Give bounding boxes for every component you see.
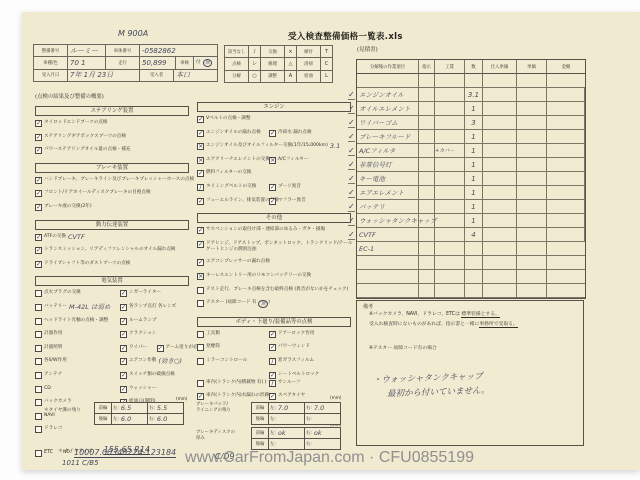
section-bar: ボディ・下廻り/装備品等の点検 — [197, 317, 351, 327]
estimate-item-handwritten: エンジンオイル — [357, 90, 404, 99]
circled-option: 無 — [258, 300, 268, 308]
estimate-empty-cell — [419, 200, 435, 214]
tire-groove-table: 前輪左:6.5右:5.5後輪左:6.0右:6.0 — [94, 402, 184, 425]
estimate-caption: (見積書) — [357, 47, 378, 53]
checkbox-empty-icon — [197, 287, 204, 294]
header-field-label: 車体番号 — [106, 45, 140, 57]
checklist-cell: テスター (故障コード 有無 ) — [197, 300, 355, 308]
estimate-item-handwritten: オイルエレメント — [357, 104, 410, 113]
estimate-empty-cell — [517, 144, 547, 158]
checkbox-slash-icon: / — [269, 358, 276, 365]
brake-disc-table: 前輪左:ok右:ok後輪左:右: — [251, 427, 341, 450]
checklist-cell: ✓ルームランプ — [120, 318, 193, 325]
estimate-qty-cell — [465, 256, 483, 270]
item-label: キーレスエントリー用のリモコンバッテリーの交換 — [206, 273, 311, 279]
item-label: パワーステアリングオイル量の点検・補充 — [44, 147, 130, 153]
checklist-cell: ✓ステアリングギアボックスブーツの点検 — [35, 134, 193, 141]
measurement-cell: 右:5.5 — [148, 403, 184, 414]
estimate-item-handwritten: 非常信号灯 — [357, 160, 392, 169]
checklist-cell: バッテリーM-42L は弱め — [35, 304, 120, 311]
checklist-cell: 計器作用 — [35, 331, 120, 338]
estimate-qty-cell: 4 — [465, 228, 483, 242]
checklist-cell: ✓クラクション — [120, 331, 193, 338]
document-title: 受入検査整備価格一覧表.xls — [288, 30, 403, 42]
legend-symbol-glyph: × — [288, 49, 292, 55]
legend-symbol-glyph: レ — [252, 60, 257, 67]
header-info-table: 整備番号ルーミー車体番号-0582862車種/色70 1走行50,899車検付無… — [33, 44, 218, 82]
field-value-handwritten: 本口 — [176, 70, 190, 80]
estimate-qty-cell: 1 — [465, 186, 483, 200]
estimate-row — [357, 270, 585, 284]
estimate-empty-cell — [483, 88, 517, 102]
estimate-empty-cell — [547, 270, 585, 284]
legend-row: 該当なし/交換×締付T — [225, 46, 333, 58]
checkbox-empty-icon — [35, 290, 42, 297]
mini-table-row: 前輪左:ok右:ok — [252, 428, 341, 439]
checkbox-empty-icon — [35, 358, 42, 365]
estimate-item-handwritten: CVTF — [357, 231, 376, 239]
estimate-row: A/Cフィルタ+カバー1✓ — [357, 144, 585, 158]
estimate-item-cell: バッテリ — [357, 200, 419, 214]
estimate-empty-cell — [547, 256, 585, 270]
checkbox-empty-icon — [197, 300, 204, 307]
estimate-table: 分解後の作業項目指示工賃数仕入単価単価金額エンジンオイル3.1✓オイルエレメント… — [356, 59, 586, 299]
checklist-cell: 工具類 — [197, 331, 269, 338]
estimate-empty-cell — [547, 242, 585, 256]
item-label: テスト走行、ブレーキ点検を含む最終点検 (異音がないかをチェック) — [206, 287, 348, 293]
checklist-cell: 車内(トランク内)積載物 有( ) — [197, 380, 269, 387]
item-label: エンジンオイル及びオイルフィルター交換(1年/15,000km) — [206, 143, 328, 149]
checklist-row: ✓タイロッドエンドブーツの点検 — [35, 120, 193, 127]
lr-prefix: 左: — [113, 416, 119, 422]
estimate-column-header: 数 — [465, 60, 483, 74]
checklist-cell: ✓各ランプ点灯 各レンズ — [120, 304, 193, 311]
item-label: 各ランプ点灯 各レンズ — [129, 304, 176, 310]
checkbox-checked-icon: ✓ — [120, 304, 127, 311]
estimate-empty-cell — [435, 130, 465, 144]
checkbox-empty-icon — [35, 331, 42, 338]
estimate-item-cell: オイルエレメント — [357, 102, 419, 116]
lr-prefix: 右: — [149, 416, 155, 422]
item-label: 窓ガラスフィルム — [278, 358, 314, 364]
checklist-cell: ✓マフラー異音 — [269, 198, 355, 205]
checkbox-empty-icon — [35, 304, 42, 311]
measurement-cell: 右:ok — [305, 428, 341, 439]
axle-label: 前輪 — [252, 428, 269, 439]
item-label: ミラーコントロール — [206, 358, 247, 364]
estimate-empty-cell — [547, 214, 585, 228]
estimate-empty-cell — [419, 256, 435, 270]
checkbox-checked-icon: ✓ — [35, 134, 42, 141]
legend-symbol: × — [285, 46, 297, 58]
estimate-empty-cell — [419, 144, 435, 158]
estimate-empty-cell — [517, 158, 547, 172]
checkbox-checked-icon: ✓ — [120, 318, 127, 325]
estimate-row — [357, 74, 585, 88]
estimate-item-cell: ワイパーゴム — [357, 116, 419, 130]
legend-symbol-glyph: A — [289, 73, 292, 79]
model-code-handwritten: M 900A — [118, 29, 148, 38]
legend-label: 分解 — [225, 71, 249, 83]
estimate-empty-cell — [419, 284, 435, 298]
estimate-empty-cell — [419, 172, 435, 186]
item-label: ステアリングギアボックスブーツの点検 — [44, 134, 126, 140]
remarks-text: ※テスター 故障コード有の場合 — [369, 346, 437, 351]
measurement-cell: 左: — [269, 414, 305, 425]
estimate-column-header: 工賃 — [435, 60, 465, 74]
checklist-cell: 点火プラグの交換 — [35, 290, 120, 297]
estimate-qty-handwritten: 1 — [471, 175, 475, 183]
checklist-row: ✓燃料フィルターの交換 — [197, 170, 355, 177]
checklist-row: ✓シートベルトロック — [197, 372, 355, 379]
checklist-row: 車内(トランク内)積載物 有( )/サンルーフ — [197, 380, 355, 387]
etc-label: ETC — [44, 450, 53, 456]
estimate-empty-cell — [547, 130, 585, 144]
estimate-item-handwritten: ブレーキフルード — [357, 132, 410, 141]
item-label: ウォッシャー — [129, 386, 156, 392]
estimate-qty-handwritten: 1 — [471, 161, 475, 169]
estimate-empty-cell — [435, 228, 465, 242]
item-label: 工具類 — [206, 331, 220, 337]
estimate-empty-cell — [547, 200, 585, 214]
header-field-label: 受入者 — [140, 70, 174, 82]
estimate-qty-handwritten: 1 — [471, 147, 475, 155]
estimate-row: EC-1 — [357, 242, 585, 256]
estimate-empty-cell — [517, 228, 547, 242]
item-label: クラクション — [129, 331, 156, 337]
section-bar: 動力伝達装置 — [35, 220, 189, 230]
estimate-empty-cell — [483, 186, 517, 200]
checkbox-checked-icon: ✓ — [269, 344, 276, 351]
estimate-empty-cell — [435, 88, 465, 102]
checkbox-checked-icon: ✓ — [197, 170, 204, 177]
estimate-qty-handwritten: 1 — [471, 189, 475, 197]
measurement-value-handwritten: 7.0 — [314, 404, 324, 412]
checklist-cell: /窓ガラスフィルム — [269, 358, 355, 365]
item-label: シガーライター — [129, 290, 161, 296]
estimate-empty-cell — [547, 158, 585, 172]
checkbox-empty-icon — [197, 331, 204, 338]
brake-pad-table: 前輪左:7.0右:7.0後輪左:右: — [251, 402, 341, 425]
estimate-empty-cell — [483, 228, 517, 242]
checklist-cell: ✓ドライブシャフト等のダストブーツの点検 — [35, 261, 193, 268]
measurement-value-handwritten: 5.5 — [157, 404, 167, 412]
legend-label: 修理 — [261, 58, 285, 70]
estimate-empty-cell — [483, 130, 517, 144]
legend-symbol: △ — [285, 58, 297, 70]
legend-symbol: T — [321, 46, 333, 58]
estimate-row: バッテリ1✓ — [357, 200, 585, 214]
item-label: テスター (故障コード 有 — [206, 300, 256, 306]
brake-disc-label: ブレーキディスクの厚み — [196, 430, 235, 442]
checklist-cell: テスト走行、ブレーキ点検を含む最終点検 (異音がないかをチェック) — [197, 287, 355, 294]
checkbox-checked-icon: ✓ — [35, 247, 42, 254]
estimate-qty-cell — [465, 242, 483, 256]
checkbox-empty-icon — [35, 450, 42, 457]
checklist-cell: ドラレコ — [35, 426, 193, 433]
remarks-line: 受入れ検査時にないものがあれば、指示書と一緒に事務所で受取る。 — [369, 320, 577, 330]
remarks-text: 標準装備とする。 — [461, 312, 499, 318]
axle-label: 後輪 — [95, 414, 112, 425]
screenshot-root: { "title": "受入検査整備価格一覧表.xls", "watermark… — [0, 0, 640, 480]
estimate-row: キー電池1✓ — [357, 172, 585, 186]
item-label: 計器作用 — [44, 331, 62, 337]
checklist-row: 各S/W作用✓エアコン作動(効き○) — [35, 358, 193, 365]
estimate-labor-cell: +カバー — [435, 144, 465, 158]
legend-symbol: レ — [249, 58, 261, 70]
checkbox-empty-icon — [35, 386, 42, 393]
legend-label: 点検 — [225, 58, 249, 70]
estimate-empty-cell — [435, 200, 465, 214]
measurement-value-handwritten: 7.0 — [278, 404, 288, 412]
estimate-note-handwritten: +カバー — [435, 147, 454, 154]
legend-row: 分解○調整A給油L — [225, 71, 333, 83]
estimate-qty-handwritten: 3.1 — [468, 91, 479, 99]
checklist-row: ✓パワーステアリングオイル量の点検・補充 — [35, 147, 193, 154]
estimate-qty-cell: 1 — [465, 200, 483, 214]
checklist-row: ✓フューエルライン、排気装置の点検✓マフラー異音 — [197, 198, 355, 205]
legend-symbol-glyph: L — [325, 73, 328, 79]
measurement-cell: 右:7.0 — [305, 403, 341, 414]
checkbox-empty-icon — [197, 344, 204, 351]
watermark: www.CarFromJapan.com · CFU0855199 — [185, 449, 474, 467]
field-value-handwritten: -0582862 — [142, 47, 176, 55]
checklist-cell: 各S/W作用 — [35, 358, 120, 365]
estimate-column-header: 金額 — [547, 60, 585, 74]
item-label: ドアヒンジ、ドアストップ、ボンネットロック、トランクリッド/テールゲートヒンジの… — [206, 241, 355, 253]
item-label: ) — [268, 300, 270, 306]
checklist-cell: ×エンジンオイル及びオイルフィルター交換(1年/15,000km)3.1 — [197, 143, 355, 150]
estimate-column-header: 指示 — [419, 60, 435, 74]
estimate-qty-cell — [465, 74, 483, 88]
estimate-column-header: 単価 — [517, 60, 547, 74]
mini-table-row: 後輪左:6.0右:6.0 — [95, 414, 184, 425]
estimate-empty-cell — [483, 144, 517, 158]
estimate-empty-cell — [419, 214, 435, 228]
item-label: トランスミッション、リアディファレンシャルのオイル漏れ点検 — [44, 247, 176, 253]
legend-symbol-table: 該当なし/交換×締付T点検レ修理△清掃C分解○調整A給油L — [224, 45, 333, 83]
estimate-row: ブレーキフルード1✓ — [357, 130, 585, 144]
checkbox-x-icon: × — [197, 273, 204, 280]
estimate-item-cell: キー電池 — [357, 172, 419, 186]
estimate-qty-cell: 1 — [465, 158, 483, 172]
checkbox-checked-icon: ✓ — [269, 331, 276, 338]
checklist-cell: ✓ブレーキ液の交換(2年) — [35, 204, 193, 211]
item-label: 燃料フィルターの交換 — [206, 170, 251, 176]
item-label: バックカメラ — [44, 399, 72, 405]
estimate-qty-cell — [465, 284, 483, 298]
estimate-row — [357, 284, 585, 298]
checklist-row: ×エアクリーナエレメントの交換×A/Cフィルター — [197, 157, 355, 164]
checklist-row: CD✓ウォッシャー — [35, 386, 193, 393]
item-label: 各S/W作用 — [44, 358, 67, 364]
checkbox-checked-icon: ✓ — [157, 345, 164, 352]
estimate-empty-cell — [517, 242, 547, 256]
remarks-text: ※バックカメラ、NAVI、ドラレコ、ETCは — [369, 312, 461, 317]
no-label: NO. — [63, 450, 71, 456]
estimate-empty-cell — [435, 158, 465, 172]
checkbox-checked-icon: ✓ — [269, 184, 276, 191]
checklist-cell: ✓スペアタイヤ — [269, 393, 355, 400]
estimate-qty-handwritten: 3 — [471, 119, 475, 127]
estimate-empty-cell — [483, 214, 517, 228]
mini-table-row: 前輪左:6.5右:5.5 — [95, 403, 184, 414]
checkbox-empty-icon — [35, 345, 42, 352]
estimate-row: エンジンオイル3.1✓ — [357, 88, 585, 102]
checklist-cell: ✓ATFの交換CVTF — [35, 234, 193, 241]
checklist-cell: ✓エンジンオイルの漏れ点検 — [197, 130, 269, 137]
item-label: フロント/リアホイールディスクブレーキの目視点検 — [44, 190, 151, 196]
item-label: バッテリー — [44, 304, 67, 310]
estimate-item-cell: エンジンオイル — [357, 88, 419, 102]
estimate-qty-cell: 3 — [465, 116, 483, 130]
checkbox-slash-icon: / — [269, 380, 276, 387]
item-label: ワイパー — [129, 345, 147, 351]
checklist-cell: ✓シートベルトロック — [269, 372, 355, 379]
estimate-empty-cell — [419, 74, 435, 88]
header-field-label: 車検 — [176, 57, 194, 69]
checklist-cell: ✓Vベルトの点検・調整 — [197, 116, 355, 123]
estimate-empty-cell — [483, 172, 517, 186]
measurement-value-handwritten: 6.5 — [121, 404, 131, 412]
header-field-value: 50,899 — [140, 57, 176, 69]
shaken-option: 付 — [196, 60, 201, 66]
estimate-qty-handwritten: 1 — [471, 217, 475, 225]
estimate-empty-cell — [483, 74, 517, 88]
checkbox-checked-icon: ✓ — [35, 190, 42, 197]
legend-symbol-glyph: / — [254, 49, 256, 55]
estimate-empty-cell — [547, 116, 585, 130]
field-value-handwritten: 7年 1月 23日 — [70, 70, 113, 80]
row-check-icon: ✓ — [348, 90, 355, 100]
header-field-value: -0582862 — [140, 45, 218, 57]
checklist-cell: ✓フューエルライン、排気装置の点検 — [197, 198, 269, 205]
mini-table-row: 後輪左:右: — [252, 414, 341, 425]
estimate-row — [357, 256, 585, 270]
checklist-row: テスター (故障コード 有無 ) — [197, 300, 355, 308]
lr-prefix: 左: — [270, 416, 276, 422]
checkbox-checked-icon: ✓ — [35, 177, 42, 184]
estimate-column-header: 分解後の作業項目 — [357, 60, 419, 74]
estimate-empty-cell — [547, 228, 585, 242]
handwritten-note: CVTF — [68, 234, 85, 240]
field-label: 受入月日 — [42, 72, 60, 78]
checkbox-checked-icon: ✓ — [197, 393, 204, 400]
checkbox-empty-icon — [35, 318, 42, 325]
item-label: ドアーロック作用 — [278, 331, 314, 337]
field-label: 車検 — [180, 60, 189, 66]
estimate-row: ワイパーゴム3✓ — [357, 116, 585, 130]
checklist-row: アンテナ✓スイッチ類の破損点検 — [35, 372, 193, 379]
estimate-empty-cell — [419, 186, 435, 200]
checklist-row: ✓ドライブシャフト等のダストブーツの点検 — [35, 261, 193, 268]
checkbox-checked-icon: ✓ — [120, 290, 127, 297]
estimate-empty-cell — [435, 116, 465, 130]
item-label: A/Cフィルター — [278, 157, 308, 163]
estimate-empty-cell — [547, 74, 585, 88]
estimate-qty-handwritten: 1 — [471, 105, 475, 113]
header-field-value: 70 1 — [68, 57, 106, 69]
item-label: プーリ異音 — [278, 184, 301, 190]
handwritten-note: 3.1 — [330, 143, 340, 149]
legend-symbol-glyph: T — [325, 49, 328, 55]
checklist-cell: ×A/Cフィルター — [269, 157, 355, 164]
checklist-cell: ✓エアコンプレッサーの漏れ点検 — [197, 259, 355, 266]
checklist-cell: ✓プーリ異音 — [269, 184, 355, 191]
estimate-empty-cell — [517, 74, 547, 88]
estimate-row: オイルエレメント1✓ — [357, 102, 585, 116]
checklist-row: ヘッドライト光軸の点検・調整✓ルームランプ — [35, 318, 193, 325]
estimate-item-handwritten: キー電池 — [357, 174, 385, 183]
item-label: スイッチ類の破損点検 — [129, 372, 175, 378]
header-field-value: 付無 — [194, 57, 218, 69]
estimate-item-cell: ウォッシャタンクキャップ — [357, 214, 419, 228]
measurement-cell: 左:6.0 — [112, 414, 148, 425]
estimate-empty-cell — [435, 270, 465, 284]
item-label: タイロッドエンドブーツの点検 — [44, 120, 108, 126]
estimate-qty-cell: 1 — [465, 130, 483, 144]
checklist-row: 点火プラグの交換✓シガーライター — [35, 290, 193, 297]
estimate-empty-cell — [517, 102, 547, 116]
item-label: ハンドブレーキ、ブレーキライン及びブレーキプレッシャーホースの点検 — [44, 177, 194, 183]
estimate-empty-cell — [547, 284, 585, 298]
legend-symbol: ○ — [249, 71, 261, 83]
estimate-empty-cell — [483, 270, 517, 284]
item-label: Vベルトの点検・調整 — [206, 116, 251, 122]
measurement-cell: 左:6.5 — [112, 403, 148, 414]
checklist-cell: /タイミングベルトの交換 — [197, 184, 269, 191]
checklist-cell: ✓シガーライター — [120, 290, 193, 297]
checklist-caption: (点検の結果及び整備の概要) — [35, 94, 104, 100]
measurement-cell: 右:6.0 — [148, 414, 184, 425]
estimate-item-cell: A/Cフィルタ — [357, 144, 419, 158]
estimate-empty-cell — [419, 102, 435, 116]
checklist-middle-column: エンジン✓Vベルトの点検・調整✓エンジンオイルの漏れ点検✓冷却水 漏れ点検×エン… — [197, 100, 355, 407]
estimate-qty-cell: 1 — [465, 214, 483, 228]
section-bar: 電気装置 — [35, 276, 189, 286]
estimate-empty-cell — [419, 116, 435, 130]
item-label: マフラー異音 — [278, 198, 306, 204]
checkbox-checked-icon: ✓ — [120, 358, 127, 365]
estimate-qty-cell: 3.1 — [465, 88, 483, 102]
item-label: ドライブシャフト等のダストブーツの点検 — [44, 261, 130, 267]
measurement-cell: 左:7.0 — [269, 403, 305, 414]
checklist-row: 発煙筒✓パワーウィンド — [197, 344, 355, 351]
checklist-cell: ×エアクリーナエレメントの交換 — [197, 157, 269, 164]
item-label: ATFの交換 — [44, 234, 66, 240]
checklist-row: ✓トランスミッション、リアディファレンシャルのオイル漏れ点検 — [35, 247, 193, 254]
lr-prefix: 左: — [270, 441, 276, 447]
checklist-row: ドラレコ — [35, 426, 193, 433]
header-field-value: 本口 — [174, 70, 218, 82]
item-label: ルームランプ — [129, 318, 157, 324]
lr-prefix: 左: — [270, 405, 276, 411]
checklist-cell: ✓エアコン作動(効き○) — [120, 358, 193, 365]
checkbox-checked-icon: ✓ — [197, 198, 204, 205]
estimate-empty-cell — [517, 88, 547, 102]
checklist-row: ミラーコントロール/窓ガラスフィルム — [197, 358, 355, 365]
lr-prefix: 右: — [306, 405, 312, 411]
checklist-cell: ✓タイロッドエンドブーツの点検 — [35, 120, 193, 127]
measurement-value-handwritten: 6.0 — [121, 415, 131, 423]
checklist-left-column: ステアリング装置✓タイロッドエンドブーツの点検✓ステアリングギアボックスブーツの… — [35, 104, 193, 440]
checklist-row: 工具類✓ドアーロック作用 — [197, 331, 355, 338]
estimate-empty-cell — [517, 256, 547, 270]
checklist-cell: ✓ドアヒンジ、ドアストップ、ボンネットロック、トランクリッド/テールゲートヒンジ… — [197, 241, 355, 253]
estimate-item-cell: ブレーキフルード — [357, 130, 419, 144]
field-value-handwritten: 70 1 — [70, 59, 86, 67]
estimate-empty-cell — [419, 130, 435, 144]
